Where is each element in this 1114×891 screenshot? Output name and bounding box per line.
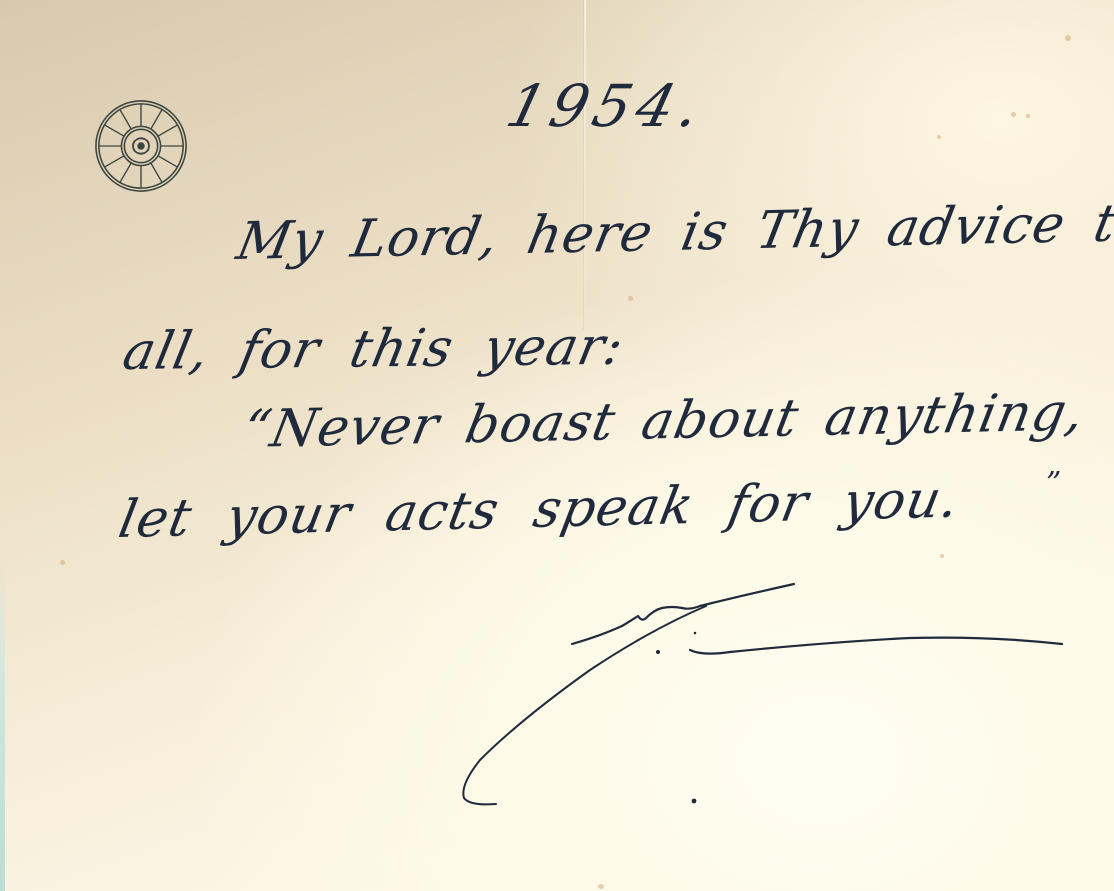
paper-left-edge (0, 560, 5, 891)
paper-fold-line (584, 0, 586, 330)
foxing-spot (60, 560, 65, 565)
letter-year: 1954. (500, 72, 713, 140)
foxing-spot (1065, 35, 1071, 41)
closing-quote-mark: ” (1046, 466, 1062, 501)
foxing-spot (1011, 112, 1016, 117)
foxing-spot (937, 135, 941, 139)
wheel-emblem-icon (92, 97, 190, 195)
foxing-spot (598, 884, 604, 889)
letter-line-2: all, for this year: (118, 317, 629, 382)
foxing-spot (628, 296, 633, 301)
signature-flourish-icon (450, 570, 1110, 830)
foxing-spot (940, 554, 944, 558)
foxing-spot (1026, 114, 1030, 118)
